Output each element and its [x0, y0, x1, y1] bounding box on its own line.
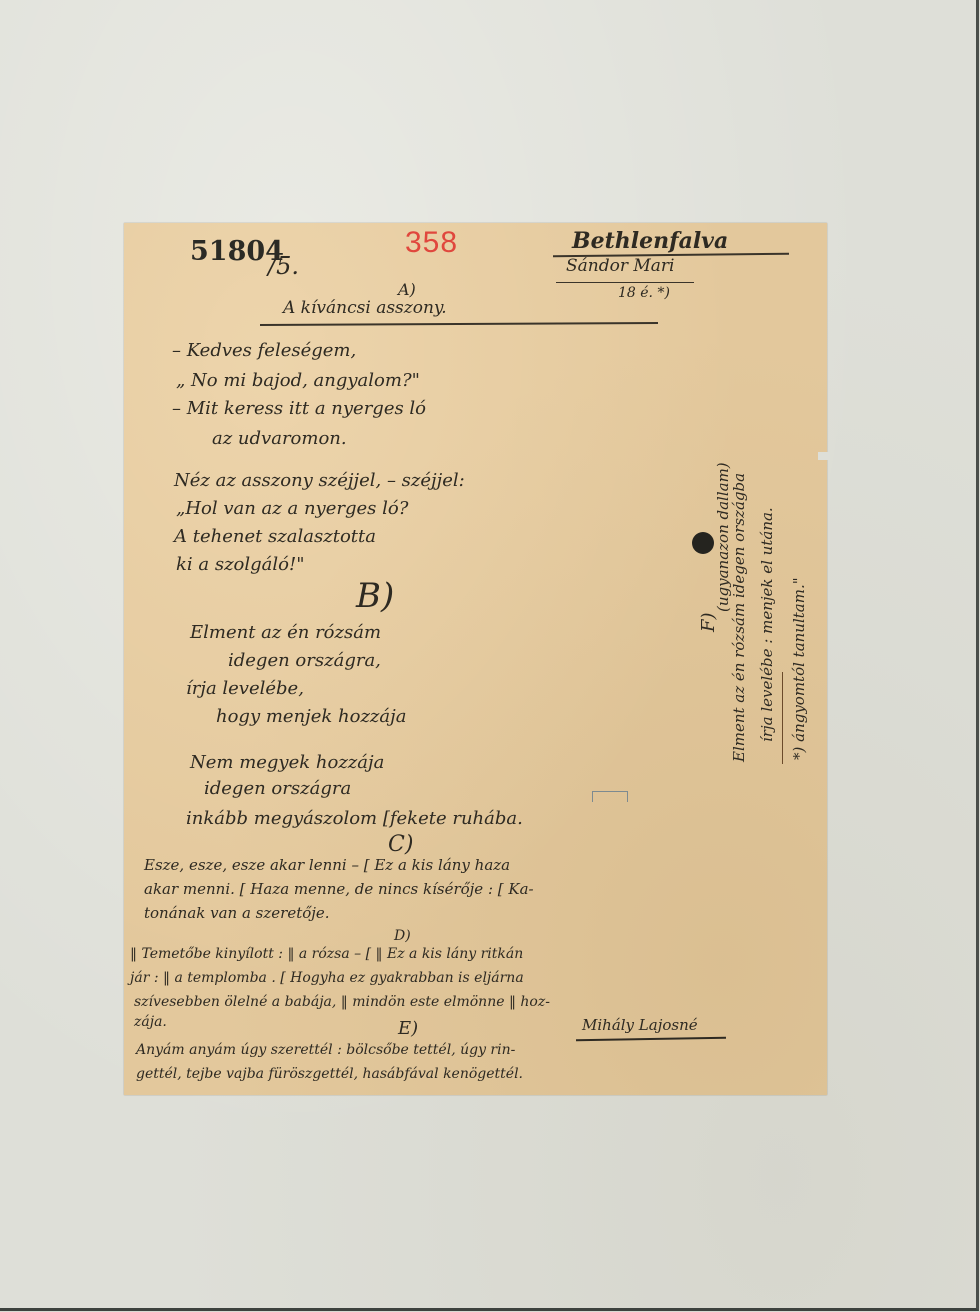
- verse-line: idegen országra: [204, 778, 351, 799]
- section-b-label: B): [356, 576, 394, 616]
- song-title: A kíváncsi asszony.: [283, 298, 447, 318]
- prose-line: szívesebben ölelné a babája, ‖ mindön es…: [134, 994, 550, 1010]
- verse-line: Nem megyek hozzája: [190, 752, 384, 773]
- verse-line: – Kedves feleségem,: [172, 340, 356, 361]
- prose-line: ‖ Temetőbe kinyílott : ‖ a rózsa – [ ‖ E…: [130, 946, 523, 962]
- archive-item-suffix: /5.: [268, 252, 299, 280]
- section-d-label: D): [394, 928, 411, 944]
- verse-line: idegen országra,: [228, 650, 381, 671]
- section-c-label: C): [388, 832, 413, 857]
- red-page-number: 358: [405, 226, 458, 260]
- prose-line: tonának van a szeretője.: [144, 904, 330, 922]
- verse-line: A tehenet szalasztotta: [174, 526, 376, 547]
- pencil-correction-mark: [592, 791, 628, 802]
- verse-line: hogy menjek hozzája: [216, 706, 406, 727]
- section-a-label: A): [398, 280, 416, 299]
- signature: Mihály Lajosné: [582, 1016, 698, 1034]
- verse-line: Néz az asszony széjjel, – széjjel:: [174, 470, 465, 491]
- prose-line: gettél, tejbe vajba füröszgettél, hasábf…: [136, 1066, 523, 1082]
- verse-line: „ No mi bajod, angyalom?": [176, 370, 420, 391]
- verse-line: Elment az én rózsám: [190, 622, 381, 643]
- margin-note-line: írja levelébe : menjek el utána.: [758, 507, 776, 742]
- verse-line: – Mit keress itt a nyerges ló: [172, 398, 426, 419]
- informant-age: 18 é. *): [618, 285, 670, 301]
- prose-line: jár : ‖ a templomba . [ Hogyha ez gyakra…: [130, 970, 524, 986]
- verse-line: az udvaromon.: [212, 428, 347, 449]
- verse-line: ki a szolgáló!": [176, 554, 305, 575]
- margin-note-line: Elment az én rózsám idegen országba: [730, 473, 748, 762]
- prose-line: Esze, esze, esze akar lenni – [ Ez a kis…: [144, 856, 510, 874]
- informant-name: Sándor Mari: [566, 256, 674, 276]
- section-e-label: E): [398, 1018, 418, 1039]
- ink-blot: [692, 532, 714, 554]
- footnote: *) ángyomtól tanultam.": [790, 577, 808, 760]
- verse-line: „Hol van az a nyerges ló?: [176, 498, 408, 519]
- footnote-rule: [782, 672, 783, 764]
- verse-line: inkább megyászolom [fekete ruhába.: [186, 808, 523, 829]
- paper-edge-notch: [818, 452, 830, 460]
- prose-line: zája.: [134, 1014, 167, 1030]
- section-f-label: F): [698, 612, 719, 632]
- verse-line: írja levelébe,: [186, 678, 304, 699]
- place-name: Bethlenfalva: [572, 228, 728, 254]
- prose-line: Anyám anyám úgy szerettél : bölcsőbe tet…: [136, 1042, 515, 1058]
- informant-underline: [556, 282, 694, 283]
- prose-line: akar menni. [ Haza menne, de nincs kísér…: [144, 880, 534, 898]
